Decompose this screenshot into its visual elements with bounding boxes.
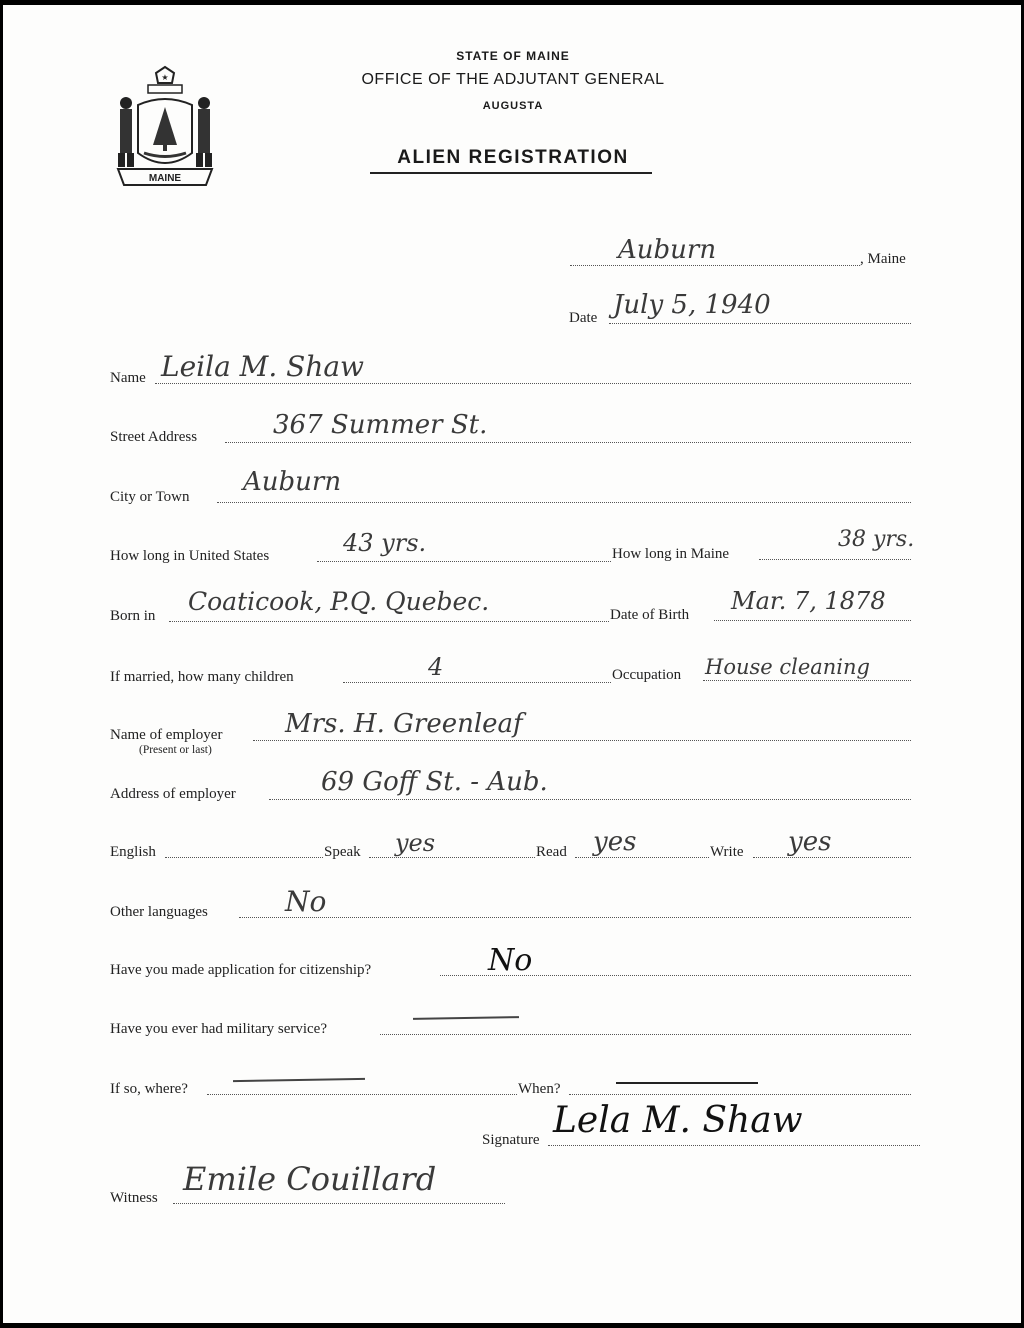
military-dash [413,1016,519,1020]
occupation-value[interactable]: House cleaning [705,655,870,679]
read-line [575,857,709,858]
when-line [569,1094,911,1095]
date-value[interactable]: July 5, 1940 [613,290,771,320]
children-label: If married, how many children [110,669,294,686]
how-long-maine-line [759,559,911,560]
occupation-line [703,680,911,681]
name-line [155,383,911,384]
write-value[interactable]: yes [788,827,831,857]
office-heading: OFFICE OF THE ADJUTANT GENERAL [171,71,855,89]
employer-name-sublabel: (Present or last) [139,744,212,756]
children-line [343,682,611,683]
title-underline [370,172,652,174]
english-line [165,857,323,858]
write-line [753,857,911,858]
city-heading: AUGUSTA [171,100,855,112]
street-address-line [225,442,911,443]
speak-value[interactable]: yes [395,829,435,857]
city-label: City or Town [110,489,190,506]
read-value[interactable]: yes [593,827,636,857]
where-label: If so, where? [110,1081,188,1098]
signature-label: Signature [482,1132,540,1149]
how-long-us-value[interactable]: 43 yrs. [343,529,426,557]
born-in-value[interactable]: Coaticook, P.Q. Quebec. [188,587,489,616]
witness-label: Witness [110,1190,158,1207]
employer-name-line [253,740,911,741]
employer-name-value[interactable]: Mrs. H. Greenleaf [285,709,523,739]
other-languages-line [239,917,911,918]
city-value[interactable]: Auburn [243,467,341,497]
when-dash [616,1082,758,1084]
date-of-birth-line [714,620,911,621]
where-line [207,1094,517,1095]
speak-line [369,857,535,858]
where-dash [233,1078,365,1082]
speak-label: Speak [324,844,361,861]
place-value[interactable]: Auburn [618,235,716,265]
name-label: Name [110,370,146,387]
occupation-label: Occupation [612,667,681,684]
citizenship-value[interactable]: No [488,943,532,978]
form-title: ALIEN REGISTRATION [171,147,855,169]
name-value[interactable]: Leila M. Shaw [161,350,364,383]
when-label: When? [518,1081,560,1098]
street-address-label: Street Address [110,429,197,446]
military-label: Have you ever had military service? [110,1021,327,1038]
children-value[interactable]: 4 [428,653,443,681]
place-suffix: , Maine [860,251,906,268]
born-in-label: Born in [110,608,155,625]
write-label: Write [710,844,744,861]
employer-address-value[interactable]: 69 Goff St. - Aub. [321,767,548,797]
date-line [609,323,911,324]
witness-value[interactable]: Emile Couillard [183,1160,436,1198]
date-label: Date [569,310,597,327]
state-heading: STATE OF MAINE [171,49,855,63]
employer-address-line [269,799,911,800]
how-long-maine-label: How long in Maine [612,546,729,563]
date-of-birth-value[interactable]: Mar. 7, 1878 [731,587,886,615]
read-label: Read [536,844,567,861]
street-address-value[interactable]: 367 Summer St. [273,410,487,440]
employer-address-label: Address of employer [110,786,236,803]
signature-line [548,1145,920,1146]
registration-form-page: ★ MAINE STATE OF MAINE OFFICE OF THE ADJ… [3,5,1021,1323]
how-long-us-label: How long in United States [110,548,269,565]
military-line [380,1034,911,1035]
citizenship-label: Have you made application for citizenshi… [110,962,371,979]
born-in-line [169,621,609,622]
signature-value[interactable]: Lela M. Shaw [553,1100,803,1141]
svg-text:★: ★ [161,73,168,82]
how-long-us-line [317,561,611,562]
other-languages-value[interactable]: No [285,885,326,918]
city-line [217,502,911,503]
date-of-birth-label: Date of Birth [610,607,689,624]
employer-name-label: Name of employer [110,727,222,744]
english-label: English [110,844,156,861]
seal-banner-text: MAINE [149,173,182,184]
witness-line [173,1203,505,1204]
other-languages-label: Other languages [110,904,208,921]
how-long-maine-value[interactable]: 38 yrs. [838,527,914,552]
place-line [570,265,860,266]
